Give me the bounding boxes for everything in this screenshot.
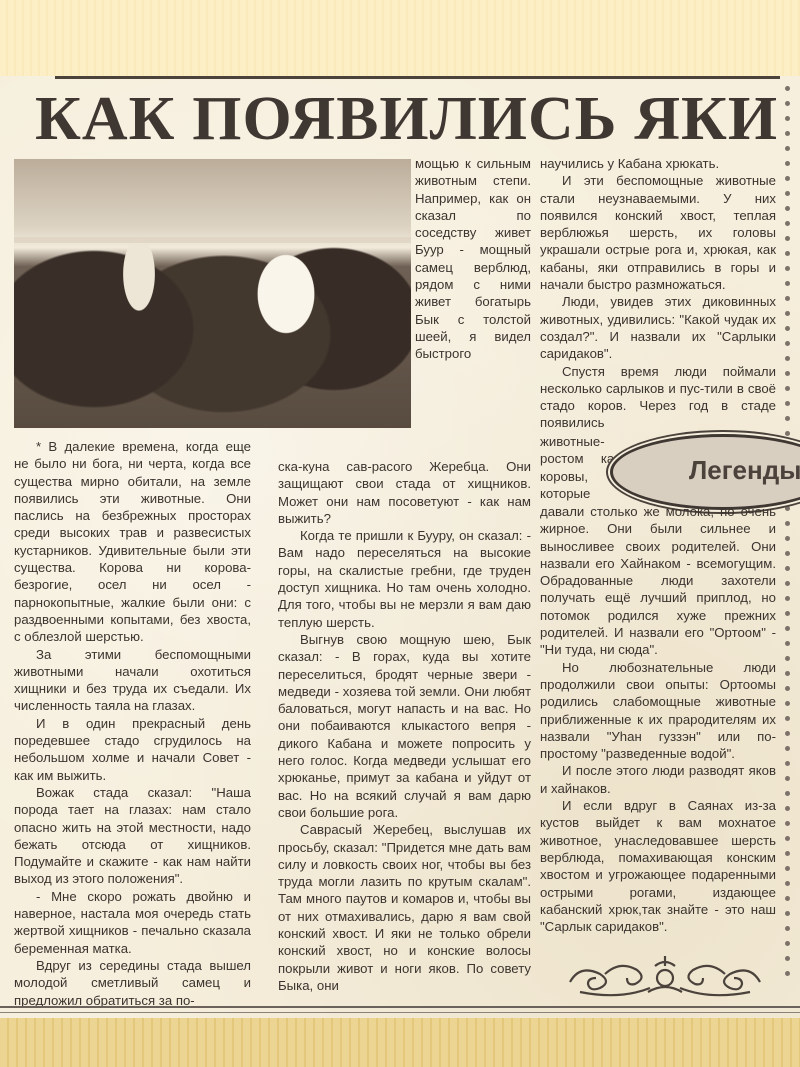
- column-right: научились у Кабана хрюкать. И эти беспом…: [540, 155, 776, 432]
- column-mid-top: мощью к сильным животным степи. Например…: [415, 155, 531, 363]
- paragraph: ска-куна сав-расого Жеребца. Они защищаю…: [278, 458, 531, 527]
- paragraph: мощью к сильным животным степи. Например…: [415, 155, 531, 363]
- article-title: КАК ПОЯВИЛИСЬ ЯКИ: [35, 84, 778, 155]
- paragraph: * В далекие времена, когда еще не было н…: [14, 438, 251, 646]
- bottom-rule: [0, 1006, 800, 1013]
- legend-badge-label: Легенды: [689, 455, 800, 486]
- newspaper-clipping: КАК ПОЯВИЛИСЬ ЯКИ мощью к сильным животн…: [0, 76, 800, 1018]
- yak-photo: [14, 159, 411, 428]
- paragraph: И если вдруг в Саянах из-за кустов выйде…: [540, 797, 776, 935]
- paragraph: И после этого люди разводят яков и хайна…: [540, 762, 776, 797]
- paragraph: И эти беспомощные животные стали неузнав…: [540, 172, 776, 293]
- paragraph: давали столько же молока, но очень жирно…: [540, 503, 776, 659]
- slide-top-band: [0, 0, 800, 76]
- slide-bottom-band: [0, 1018, 800, 1067]
- paragraph: Выгнув свою мощную шею, Бык сказал: - В …: [278, 631, 531, 821]
- paragraph: Спустя время люди поймали несколько сарл…: [540, 363, 776, 432]
- photo-fence: [14, 237, 411, 243]
- paragraph: И в один прекрасный день поредевшее стад…: [14, 715, 251, 784]
- column-left: * В далекие времена, когда еще не было н…: [14, 438, 251, 1009]
- column-right-continued: давали столько же молока, но очень жирно…: [540, 503, 776, 935]
- paragraph: Но любознательные люди продолжили свои о…: [540, 659, 776, 763]
- paragraph: Вдруг из середины стада вышел молодой см…: [14, 957, 251, 1009]
- paragraph: Вожак стада сказал: "Наша порода тает на…: [14, 784, 251, 888]
- column-right-narrow: животные- ростом как коровы, которые: [540, 433, 620, 502]
- paragraph: Когда те пришли к Бууру, он сказал: - Ва…: [278, 527, 531, 631]
- paragraph: животные- ростом как коровы, которые: [540, 433, 620, 502]
- legend-badge: Легенды: [610, 434, 800, 510]
- paragraph: Саврасый Жеребец, выслушав их просьбу, с…: [278, 821, 531, 994]
- ornament-icon: [560, 952, 770, 1002]
- column-middle: ска-куна сав-расого Жеребца. Они защищаю…: [278, 458, 531, 994]
- dotted-column-border: [780, 86, 794, 1016]
- paragraph: За этими беспомощными животными начали о…: [14, 646, 251, 715]
- top-rule: [55, 76, 780, 79]
- paragraph: - Мне скоро рожать двойню и наверное, на…: [14, 888, 251, 957]
- paragraph: научились у Кабана хрюкать.: [540, 155, 776, 172]
- paragraph: Люди, увидев этих диковинных животных, у…: [540, 293, 776, 362]
